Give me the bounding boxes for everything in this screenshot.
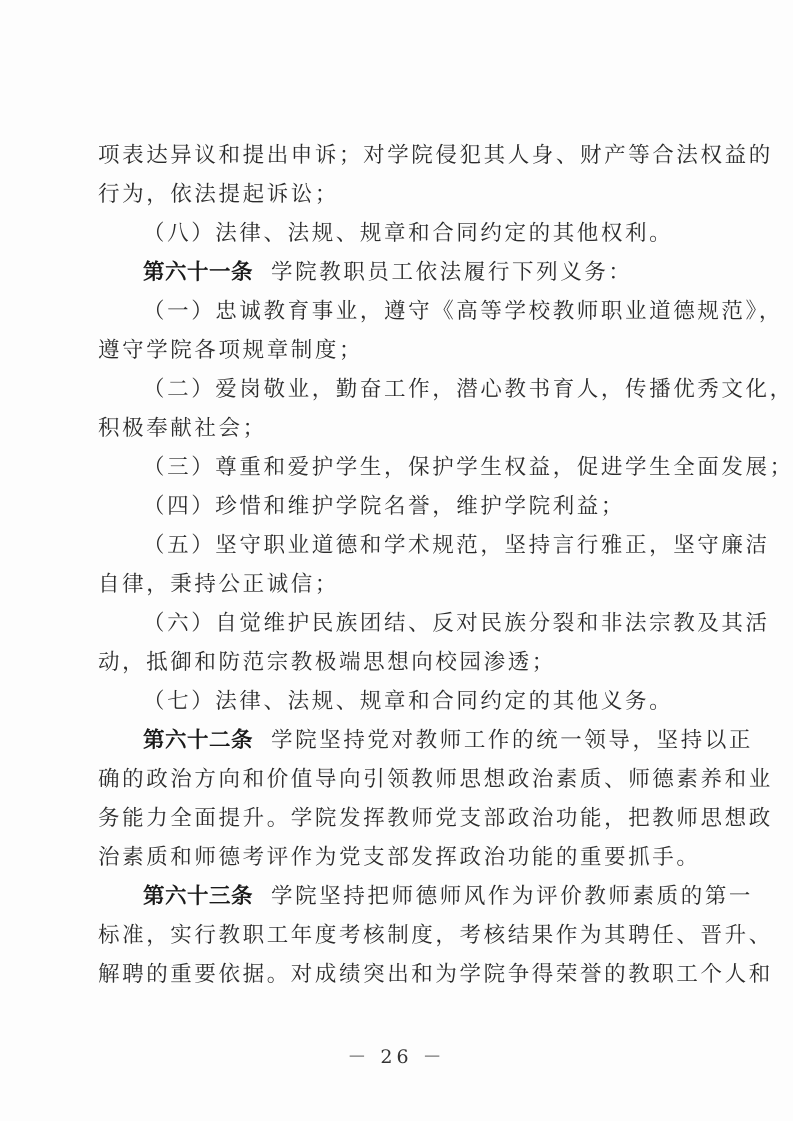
text-line-19: 治素质和师德考评作为党支部发挥政治功能的重要抓手。 [98, 843, 698, 873]
text-line-14: 动，抵御和防范宗教极端思想向校园渗透； [98, 648, 698, 678]
page-number: － 26 － [0, 1042, 793, 1069]
text-line-3: （八）法律、法规、规章和合同约定的其他权利。 [143, 219, 743, 249]
text-line-5: （一）忠诚教育事业，遵守《高等学校教师职业道德规范》， [143, 297, 743, 327]
article-62-heading: 第六十二条 [143, 728, 253, 753]
text-line-15: （七）法律、法规、规章和合同约定的其他义务。 [143, 687, 743, 717]
text-line-8: 积极奉献社会； [98, 414, 698, 444]
article-63-text: 学院坚持把师德师风作为评价教师素质的第一 [271, 884, 753, 909]
article-62-line: 第六十二条学院坚持党对教师工作的统一领导，坚持以正 [143, 726, 743, 756]
document-page: 项表达异议和提出申诉；对学院侵犯其人身、财产等合法权益的 行为，依法提起诉讼； … [0, 0, 793, 1121]
text-line-18: 务能力全面提升。学院发挥教师党支部政治功能，把教师思想政 [98, 804, 698, 834]
text-line-12: 自律，秉持公正诚信； [98, 570, 698, 600]
text-line-7: （二）爱岗敬业，勤奋工作，潜心教书育人，传播优秀文化， [143, 375, 743, 405]
article-63-heading: 第六十三条 [143, 884, 253, 909]
text-line-17: 确的政治方向和价值导向引领教师思想政治素质、师德素养和业 [98, 765, 698, 795]
text-line-9: （三）尊重和爱护学生，保护学生权益，促进学生全面发展； [143, 453, 743, 483]
text-line-2: 行为，依法提起诉讼； [98, 180, 698, 210]
text-line-11: （五）坚守职业道德和学术规范，坚持言行雅正，坚守廉洁 [143, 531, 743, 561]
text-line-13: （六）自觉维护民族团结、反对民族分裂和非法宗教及其活 [143, 609, 743, 639]
article-61-heading: 第六十一条 [143, 260, 253, 285]
text-line-1: 项表达异议和提出申诉；对学院侵犯其人身、财产等合法权益的 [98, 141, 698, 171]
text-line-6: 遵守学院各项规章制度； [98, 336, 698, 366]
article-63-line: 第六十三条学院坚持把师德师风作为评价教师素质的第一 [143, 882, 743, 912]
article-61-line: 第六十一条学院教职员工依法履行下列义务： [143, 258, 743, 288]
article-61-text: 学院教职员工依法履行下列义务： [271, 260, 633, 285]
text-line-10: （四）珍惜和维护学院名誉，维护学院利益； [143, 492, 743, 522]
text-line-21: 标准，实行教职工年度考核制度，考核结果作为其聘任、晋升、 [98, 921, 698, 951]
text-line-22: 解聘的重要依据。对成绩突出和为学院争得荣誉的教职工个人和 [98, 960, 698, 990]
article-62-text: 学院坚持党对教师工作的统一领导，坚持以正 [271, 728, 753, 753]
